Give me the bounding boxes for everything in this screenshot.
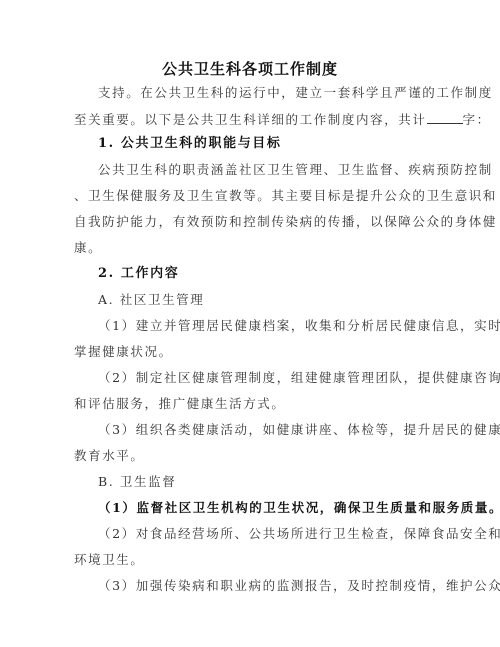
subsection-a-item-2-cont: 和评估服务，推广健康生活方式。 bbox=[74, 396, 420, 412]
intro-text: 至关重要。以下是公共卫生科详细的工作制度内容，共计 bbox=[74, 112, 427, 127]
subsection-a-item-3-cont: 教育水平。 bbox=[74, 448, 420, 464]
document-title: 公共卫生科各项工作制度 bbox=[0, 58, 500, 79]
document-page: 公共卫生科各项工作制度 支持。在公共卫生科的运行中，建立一套科学且严谨的工作制度… bbox=[0, 0, 500, 647]
intro-suffix: 字： bbox=[463, 112, 491, 127]
section-2-heading: 2. 工作内容 bbox=[98, 266, 420, 282]
section-1-heading: 1. 公共卫生科的职能与目标 bbox=[98, 136, 420, 152]
subsection-b-item-2: （2）对食品经营场所、公共场所进行卫生检查，保障食品安全和 bbox=[98, 526, 420, 542]
section-1-line: 康。 bbox=[74, 240, 420, 256]
section-1-line: 公共卫生科的职责涵盖社区卫生管理、卫生监督、疾病预防控制 bbox=[98, 162, 420, 178]
subsection-b-item-2-cont: 环境卫生。 bbox=[74, 552, 420, 568]
subsection-b-item-3: （3）加强传染病和职业病的监测报告，及时控制疫情，维护公众 bbox=[98, 578, 420, 594]
section-1-line: 自我防护能力，有效预防和控制传染病的传播，以保障公众的身体健 bbox=[74, 214, 420, 230]
subsection-a-item-1: （1）建立并管理居民健康档案，收集和分析居民健康信息，实时 bbox=[98, 318, 420, 334]
subsection-b-item-1: （1）监督社区卫生机构的卫生状况，确保卫生质量和服务质量。 bbox=[98, 500, 420, 516]
intro-line-1: 支持。在公共卫生科的运行中，建立一套科学且严谨的工作制度 bbox=[98, 85, 420, 101]
subsection-a-heading: A. 社区卫生管理 bbox=[98, 292, 420, 308]
subsection-a-item-1-cont: 掌握健康状况。 bbox=[74, 344, 420, 360]
word-count-blank bbox=[427, 111, 463, 124]
subsection-a-item-2: （2）制定社区健康管理制度，组建健康管理团队，提供健康咨询 bbox=[98, 370, 420, 386]
intro-line-2: 至关重要。以下是公共卫生科详细的工作制度内容，共计字： bbox=[74, 111, 420, 128]
section-1-line: 、卫生保健服务及卫生宣教等。其主要目标是提升公众的卫生意识和 bbox=[74, 188, 420, 204]
subsection-a-item-3: （3）组织各类健康活动，如健康讲座、体检等，提升居民的健康 bbox=[98, 422, 420, 438]
subsection-b-heading: B. 卫生监督 bbox=[98, 474, 420, 490]
